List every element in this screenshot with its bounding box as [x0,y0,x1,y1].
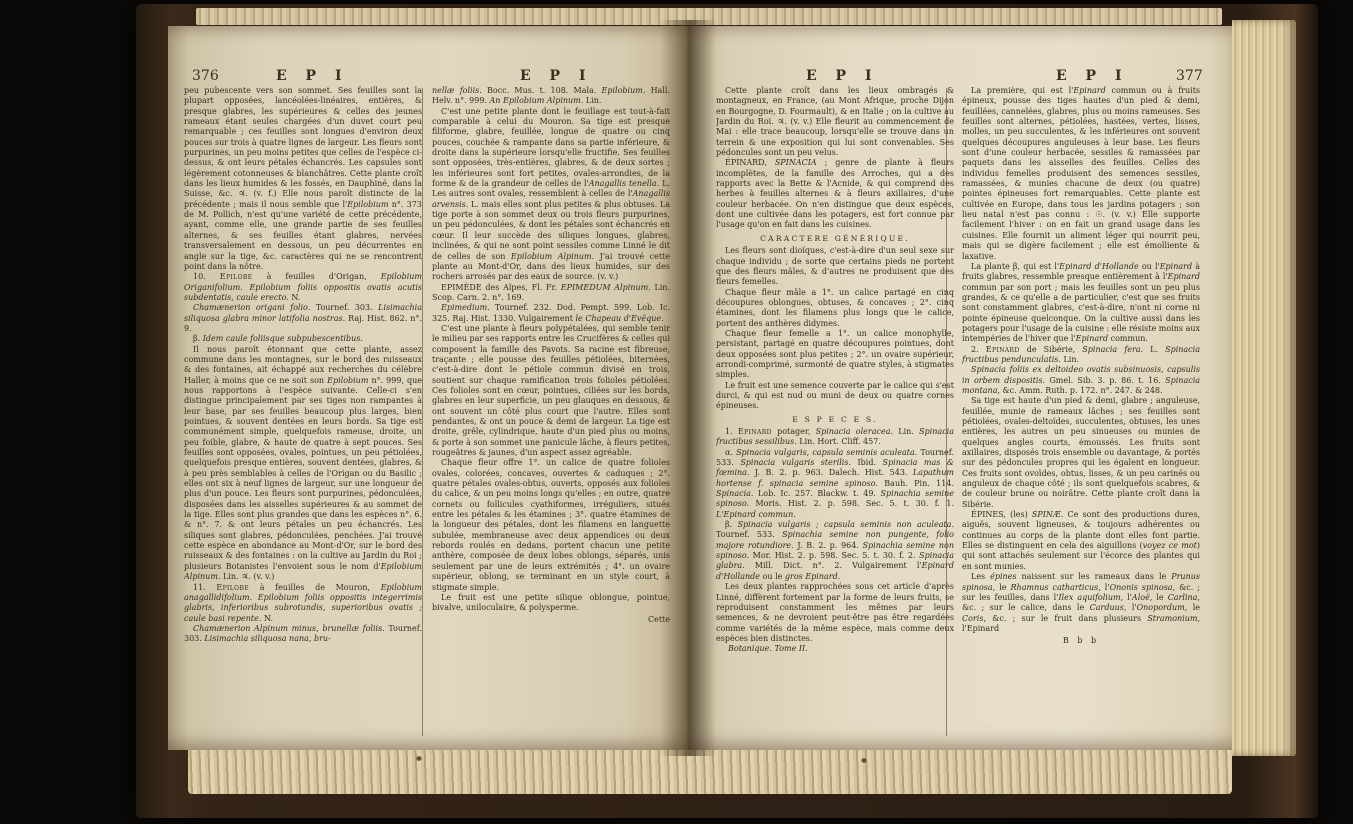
left-page-column-1: peu pubescente vers son sommet. Ses feui… [184,86,422,738]
left-page[interactable]: 376 E P I E P I peu pubescente vers son … [168,26,688,750]
section-heading: E S P E C E S. [716,415,954,425]
running-title-epi: E P I [806,68,879,84]
paragraph: Spinacia foliis ex deltoideo ovatis subs… [962,365,1200,396]
paragraph: Les épines naissent sur les rameaux dans… [962,572,1200,634]
left-page-column-2: nellæ foliis. Bocc. Mus. t. 108. Mala. E… [432,86,670,738]
wormhole-mark [861,758,867,763]
page-edges-bottom [188,748,1232,794]
right-page-number: 377 [1176,68,1203,84]
paragraph: Le fruit est une semence couverte par le… [716,381,954,412]
paragraph: Cette plante croît dans les lieux ombrag… [716,86,954,158]
left-page-number: 376 [192,68,219,84]
paragraph: Botanique. Tome II. [716,644,954,654]
paragraph: La première, qui est l'Epinard commun ou… [962,86,1200,262]
paragraph: Les deux plantes rapprochées sous cet ar… [716,582,954,644]
paragraph: C'est une petite plante dont le feuillag… [432,107,670,283]
paragraph: ÉPINARD, SPINACIA ; genre de plante à fl… [716,158,954,230]
running-title-epi: E P I [276,68,349,84]
section-heading: CARACTERE GÉNÉRIQUE. [716,234,954,244]
gathering-signature: B b b [962,636,1200,646]
wormhole-mark [416,756,422,761]
right-page-column-1: Cette plante croît dans les lieux ombrag… [716,86,954,738]
paragraph: 11. Epilobe à feuilles de Mouron, Epilob… [184,583,422,624]
fore-edge-page-stack [1232,20,1296,756]
paragraph: β. Spinacia vulgaris ; capsula seminis n… [716,520,954,582]
paragraph: Epimedium. Tournef. 232. Dod. Pempt. 599… [432,303,670,324]
paragraph: 10. Epilobe à feuilles d'Origan, Epilobi… [184,272,422,303]
paragraph: α. Spinacia vulgaris, capsula seminis ac… [716,448,954,520]
paragraph: Les fleurs sont dioïques, c'est-à-dire d… [716,246,954,287]
paragraph: Le fruit est une petite silique oblongue… [432,593,670,614]
paragraph: Chamænerion origani folio. Tournef. 303.… [184,303,422,334]
paragraph: La plante β, qui est l'Epinard d'Holland… [962,262,1200,345]
paragraph: 2. Epinard de Sibérie, Spinacia fera. L.… [962,345,1200,366]
right-page-column-2: La première, qui est l'Epinard commun ou… [962,86,1200,738]
paragraph: EPIMÈDE des Alpes, Fl. Fr. EPIMEDUM Alpi… [432,283,670,304]
paragraph: Chaque fleur offre 1°. un calice de quat… [432,458,670,592]
paragraph: peu pubescente vers son sommet. Ses feui… [184,86,422,272]
paragraph: Chaque fleur mâle a 1°. un calice partag… [716,288,954,329]
running-title-epi: E P I [1056,68,1129,84]
paragraph: Chamænerion Alpinum minus, brunellæ foli… [184,624,422,645]
book-photograph: 376 E P I E P I peu pubescente vers son … [0,0,1353,824]
column-rule [422,88,423,736]
paragraph: nellæ foliis. Bocc. Mus. t. 108. Mala. E… [432,86,670,107]
paragraph: Chaque fleur femelle a 1°. un calice mon… [716,329,954,381]
paragraph: ÉPINES, (les) SPINÆ. Ce sont des product… [962,510,1200,572]
paragraph: C'est une plante à fleurs polypétalées, … [432,324,670,458]
paragraph: Sa tige est haute d'un pied & demi, glab… [962,396,1200,510]
running-title-epi: E P I [520,68,593,84]
paragraph: 1. Epinard potager, Spinacia oleracea. L… [716,427,954,448]
paragraph: β. Idem caule foliisque subpubescentibus… [184,334,422,344]
right-page[interactable]: E P I E P I 377 Cette plante croît dans … [688,26,1232,750]
page-edges-top [196,8,1222,25]
paragraph: Il nous paroît étonnant que cette plante… [184,345,422,583]
catchword: Cette [432,615,670,625]
